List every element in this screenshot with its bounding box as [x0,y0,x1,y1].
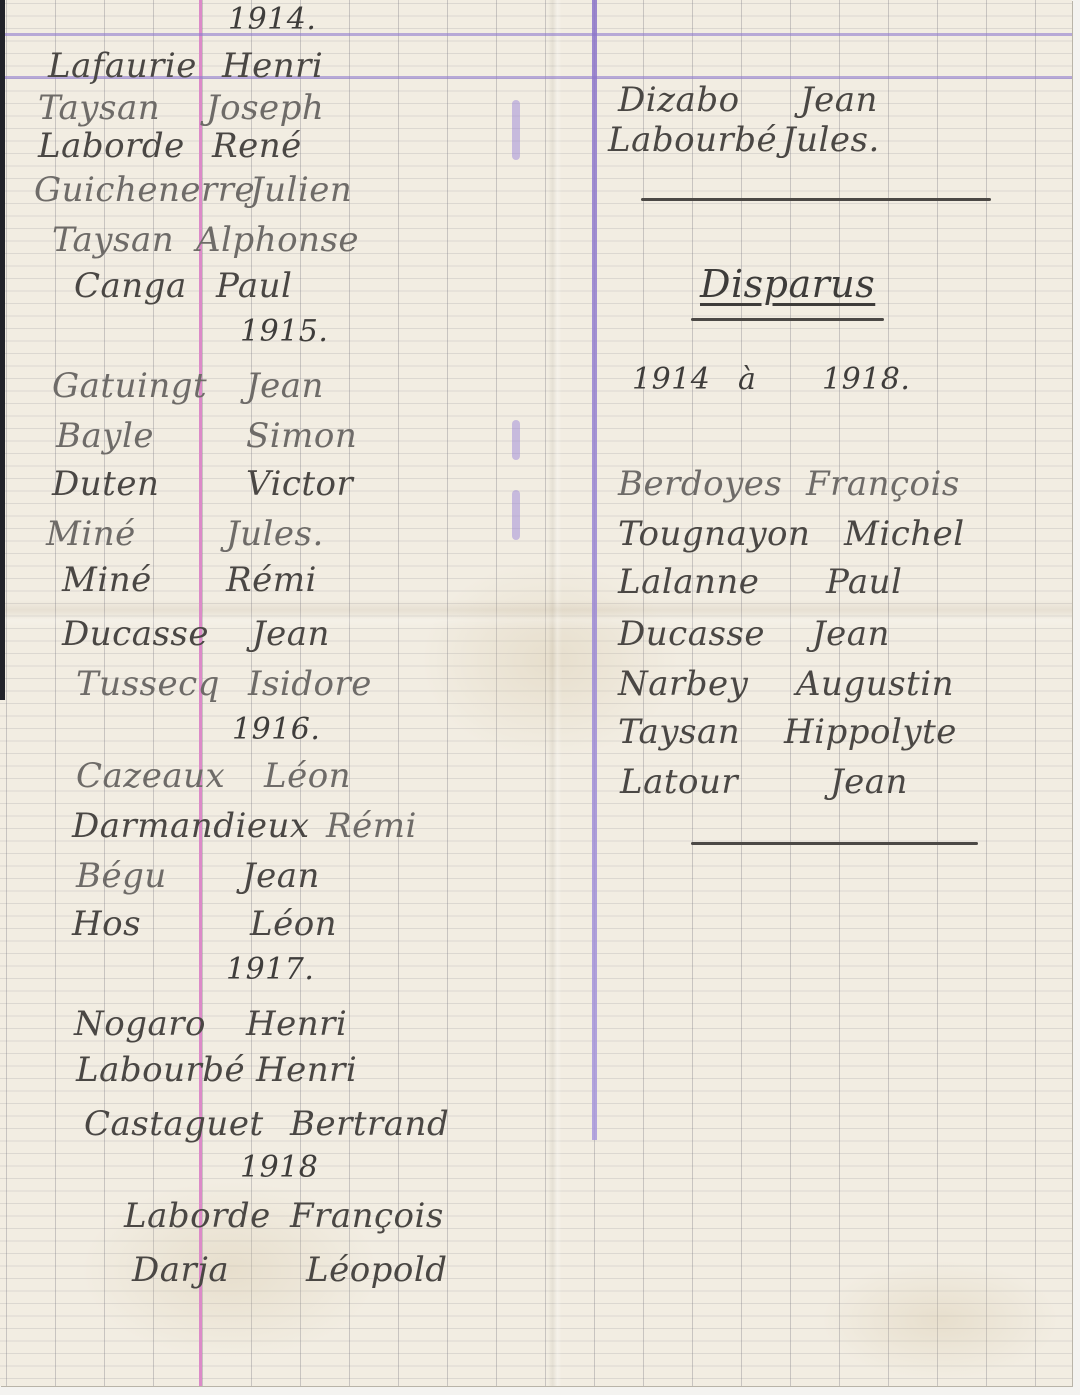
entry-given-name: Jules. [782,120,880,160]
entry-given-name: Jean [252,614,330,654]
entry-given-name: Léon [250,904,337,944]
entry-given-name: Jean [246,366,324,406]
entry-given-name: Joseph [206,88,324,128]
entry-given-name: Jean [812,614,890,654]
entry-surname: Miné [46,514,136,554]
entry-surname: Duten [52,464,159,504]
entry-surname: Taysan [618,712,740,752]
entry-given-name: Jules. [226,514,324,554]
entry-surname: Castaguet [84,1104,264,1144]
entry-surname: Nogaro [74,1004,206,1044]
entry-given-name: Hippolyte [784,712,957,752]
entry-given-name: René [212,126,302,166]
closing-rule [691,842,978,845]
entry-given-name: François [806,464,960,504]
heading-underline-rule [691,318,884,321]
entry-surname: Labourbé [608,120,777,160]
entry-surname: Bégu [76,856,167,896]
entry-given-name: Julien [250,170,352,210]
entry-surname: Laborde [38,126,185,166]
year-heading-1916: 1916. [232,712,320,747]
entry-surname: Bayle [56,416,154,456]
entry-given-name: Jean [830,762,908,802]
separator-rule [641,198,991,201]
entry-surname: Taysan [38,88,160,128]
scan-edge-shadow [0,0,5,700]
entry-surname: Labourbé [76,1050,245,1090]
ink-smudge [512,100,520,160]
entry-surname: Berdoyes [618,464,782,504]
entry-given-name: Augustin [796,664,954,704]
entry-surname: Taysan [52,220,174,260]
entry-surname: Lafaurie [48,46,197,86]
entry-given-name: Henri [246,1004,347,1044]
period-start-year: 1914 [632,362,710,397]
entry-given-name: Léopold [306,1250,448,1290]
entry-given-name: Alphonse [196,220,359,260]
entry-surname: Latour [620,762,738,802]
entry-surname: Cazeaux [76,756,225,796]
entry-given-name: François [290,1196,444,1236]
entry-given-name: Jean [800,80,878,120]
entry-given-name: Jean [242,856,320,896]
entry-given-name: Léon [264,756,351,796]
entry-surname: Miné [62,560,152,600]
entry-given-name: Victor [246,464,353,504]
entry-given-name: Bertrand [290,1104,449,1144]
entry-surname: Gatuingt [52,366,207,406]
entry-given-name: Henri [222,46,323,86]
ink-smudge [512,490,520,540]
entry-surname: Dizabo [618,80,740,120]
entry-given-name: Michel [844,514,965,554]
entry-surname: Canga [74,266,187,306]
entry-surname: Hos [72,904,141,944]
year-heading-1917: 1917. [226,952,314,987]
ink-smudge [512,420,520,460]
period-separator: à [738,362,756,397]
entry-surname: Lalanne [618,562,759,602]
entry-given-name: Paul [216,266,292,306]
vertical-fold-crease [548,0,562,1386]
entry-surname: Darja [132,1250,229,1290]
year-heading-1914: 1914. [228,2,316,37]
entry-surname: Ducasse [618,614,765,654]
entry-given-name: Isidore [248,664,372,704]
entry-given-name: Henri [256,1050,357,1090]
section-heading-disparus: Disparus [700,262,875,306]
entry-surname: Narbey [618,664,748,704]
entry-given-name: Rémi [226,560,317,600]
violet-header-line-top [5,33,1072,36]
entry-surname: Laborde [124,1196,271,1236]
year-heading-1918: 1918 [240,1150,318,1185]
entry-surname: Darmandieux [72,806,310,846]
entry-given-name: Paul [826,562,902,602]
entry-surname: Guichenerre [34,170,255,210]
entry-surname: Ducasse [62,614,209,654]
entry-given-name: Simon [246,416,357,456]
entry-given-name: Rémi [326,806,417,846]
year-heading-1915: 1915. [240,314,328,349]
violet-column-divider [592,0,597,1140]
entry-surname: Tussecq [76,664,220,704]
period-end-year: 1918. [822,362,910,397]
paper-stain [820,1260,1060,1380]
entry-surname: Tougnayon [618,514,810,554]
